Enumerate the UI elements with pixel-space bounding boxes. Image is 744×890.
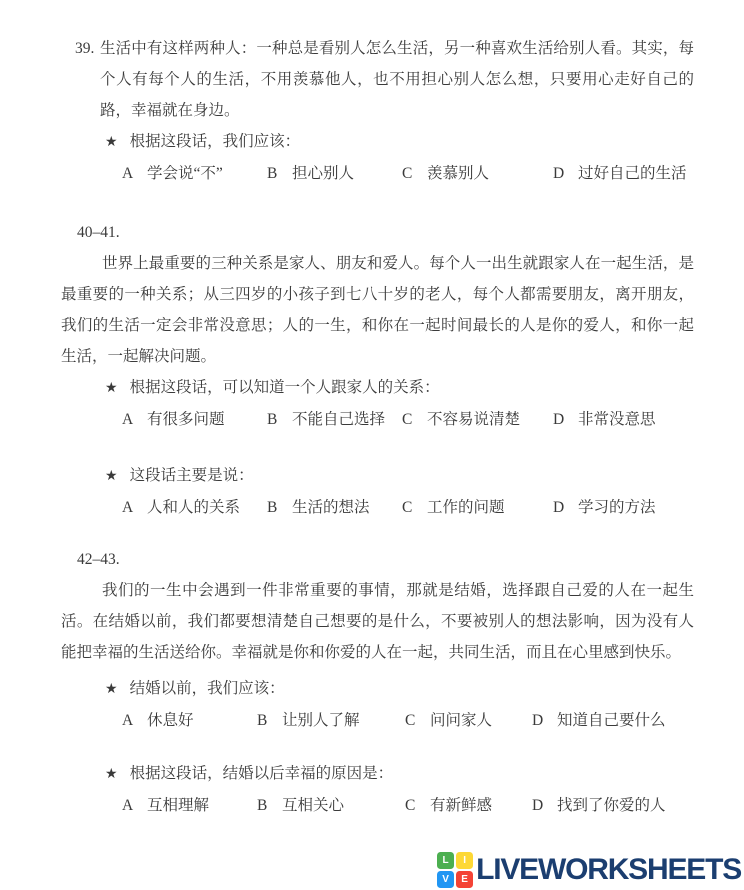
prompt-43: ★根据这段话，结婚以后幸福的原因是： — [105, 758, 694, 790]
option-43-d[interactable]: D找到了你爱的人 — [532, 790, 694, 821]
option-text: 互相关心 — [282, 797, 344, 814]
option-letter: A — [122, 705, 147, 736]
option-letter: D — [553, 492, 578, 523]
worksheet-page: 39. 生活中有这样两种人：一种总是看别人怎么生活，另一种喜欢生活给别人看。其实… — [0, 0, 744, 821]
liveworksheets-logo[interactable]: L I V E LIVEWORKSHEETS — [437, 852, 741, 888]
option-42-a[interactable]: A休息好 — [122, 705, 257, 736]
option-text: 不容易说清楚 — [427, 411, 520, 428]
option-letter: D — [553, 404, 578, 435]
option-letter: B — [267, 158, 292, 189]
option-text: 互相理解 — [147, 797, 209, 814]
option-letter: C — [405, 790, 430, 821]
liveworksheets-icon: L I V E — [437, 852, 473, 888]
option-letter: A — [122, 492, 147, 523]
option-letter: D — [532, 790, 557, 821]
option-text: 休息好 — [147, 712, 194, 729]
option-text: 非常没意思 — [578, 411, 656, 428]
star-icon: ★ — [105, 127, 118, 158]
option-letter: B — [267, 404, 292, 435]
option-text: 让别人了解 — [282, 712, 360, 729]
question-number-39: 39. — [75, 33, 94, 64]
passage-39: 生活中有这样两种人：一种总是看别人怎么生活，另一种喜欢生活给别人看。其实，每个人… — [100, 40, 694, 119]
option-letter: C — [402, 158, 427, 189]
passage-42-43: 我们的一生中会遇到一件非常重要的事情，那就是结婚，选择跟自己爱的人在一起生活。在… — [61, 575, 694, 668]
option-text: 工作的问题 — [427, 499, 505, 516]
option-letter: C — [402, 492, 427, 523]
prompt-39: ★根据这段话，我们应该： — [105, 126, 694, 158]
section-39: 39. 生活中有这样两种人：一种总是看别人怎么生活，另一种喜欢生活给别人看。其实… — [75, 33, 694, 126]
prompt-43-text: 根据这段话，结婚以后幸福的原因是： — [130, 765, 394, 782]
option-43-a[interactable]: A互相理解 — [122, 790, 257, 821]
option-40-a[interactable]: A有很多问题 — [122, 404, 267, 435]
logo-tile-i: I — [456, 852, 473, 869]
section-40-41-header: 40–41. — [77, 217, 694, 248]
option-text: 有新鲜感 — [430, 797, 492, 814]
option-text: 学习的方法 — [578, 499, 656, 516]
prompt-41: ★这段话主要是说： — [105, 460, 694, 492]
option-text: 问问家人 — [430, 712, 492, 729]
option-42-b[interactable]: B让别人了解 — [257, 705, 405, 736]
prompt-40-text: 根据这段话，可以知道一个人跟家人的关系： — [130, 379, 440, 396]
logo-tile-l: L — [437, 852, 454, 869]
option-letter: A — [122, 404, 147, 435]
prompt-39-text: 根据这段话，我们应该： — [130, 133, 301, 150]
logo-tile-e: E — [456, 871, 473, 888]
options-40: A有很多问题 B不能自己选择 C不容易说清楚 D非常没意思 — [122, 404, 694, 435]
option-letter: C — [405, 705, 430, 736]
option-letter: A — [122, 790, 147, 821]
option-42-d[interactable]: D知道自己要什么 — [532, 705, 694, 736]
option-39-b[interactable]: B担心别人 — [267, 158, 402, 189]
option-letter: B — [267, 492, 292, 523]
liveworksheets-wordmark: LIVEWORKSHEETS — [476, 852, 741, 888]
option-41-a[interactable]: A人和人的关系 — [122, 492, 267, 523]
option-43-c[interactable]: C有新鲜感 — [405, 790, 532, 821]
star-icon: ★ — [105, 461, 118, 492]
star-icon: ★ — [105, 759, 118, 790]
option-39-d[interactable]: D过好自己的生活 — [553, 158, 694, 189]
prompt-41-text: 这段话主要是说： — [130, 467, 254, 484]
options-41: A人和人的关系 B生活的想法 C工作的问题 D学习的方法 — [122, 492, 694, 523]
passage-40-41: 世界上最重要的三种关系是家人、朋友和爱人。每个人一出生就跟家人在一起生活，是最重… — [61, 248, 694, 372]
option-39-c[interactable]: C羡慕别人 — [402, 158, 553, 189]
option-text: 学会说“不” — [147, 165, 223, 182]
option-40-b[interactable]: B不能自己选择 — [267, 404, 402, 435]
prompt-42-text: 结婚以前，我们应该： — [130, 680, 285, 697]
option-letter: D — [553, 158, 578, 189]
option-text: 人和人的关系 — [147, 499, 240, 516]
option-40-d[interactable]: D非常没意思 — [553, 404, 694, 435]
option-letter: B — [257, 705, 282, 736]
option-letter: A — [122, 158, 147, 189]
option-text: 不能自己选择 — [292, 411, 385, 428]
option-39-a[interactable]: A学会说“不” — [122, 158, 267, 189]
option-42-c[interactable]: C问问家人 — [405, 705, 532, 736]
option-text: 知道自己要什么 — [557, 712, 666, 729]
star-icon: ★ — [105, 674, 118, 705]
option-text: 生活的想法 — [292, 499, 370, 516]
option-41-c[interactable]: C工作的问题 — [402, 492, 553, 523]
option-text: 羡慕别人 — [427, 165, 489, 182]
option-41-b[interactable]: B生活的想法 — [267, 492, 402, 523]
prompt-42: ★结婚以前，我们应该： — [105, 673, 694, 705]
option-letter: C — [402, 404, 427, 435]
option-text: 有很多问题 — [147, 411, 225, 428]
section-42-43-header: 42–43. — [77, 544, 694, 575]
option-text: 过好自己的生活 — [578, 165, 687, 182]
star-icon: ★ — [105, 373, 118, 404]
option-40-c[interactable]: C不容易说清楚 — [402, 404, 553, 435]
prompt-40: ★根据这段话，可以知道一个人跟家人的关系： — [105, 372, 694, 404]
option-letter: B — [257, 790, 282, 821]
option-43-b[interactable]: B互相关心 — [257, 790, 405, 821]
option-letter: D — [532, 705, 557, 736]
option-text: 担心别人 — [292, 165, 354, 182]
option-text: 找到了你爱的人 — [557, 797, 666, 814]
option-41-d[interactable]: D学习的方法 — [553, 492, 694, 523]
options-42: A休息好 B让别人了解 C问问家人 D知道自己要什么 — [122, 705, 694, 736]
options-39: A学会说“不” B担心别人 C羡慕别人 D过好自己的生活 — [122, 158, 694, 189]
options-43: A互相理解 B互相关心 C有新鲜感 D找到了你爱的人 — [122, 790, 694, 821]
logo-tile-v: V — [437, 871, 454, 888]
